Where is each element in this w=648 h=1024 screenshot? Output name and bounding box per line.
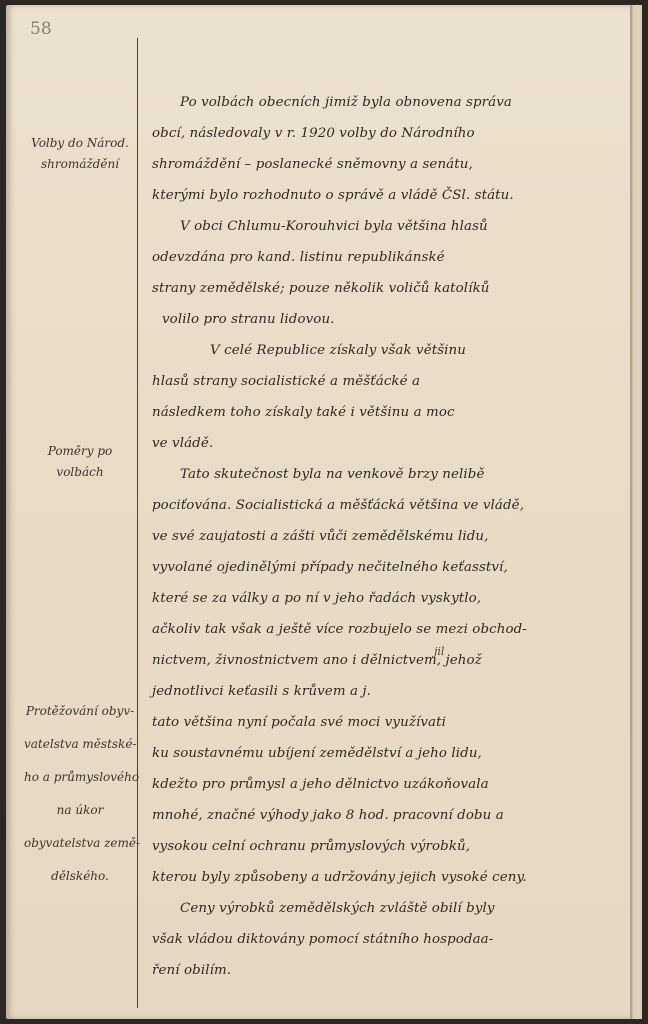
page-number: 58 — [30, 19, 52, 39]
text-line: však vládou diktovány pomocí státního ho… — [152, 924, 622, 955]
text-line: kdežto pro průmysl a jeho dělnictvo uzák… — [152, 769, 622, 800]
text-line: tato většina nyní počala své moci využív… — [152, 707, 622, 738]
text-line: kterými bylo rozhodnuto o správě a vládě… — [152, 180, 622, 211]
text-line: shromáždění – poslanecké sněmovny a sená… — [152, 149, 622, 180]
insertion-mark: jil — [434, 645, 444, 658]
text-line: Po volbách obecních jimiž byla obnovena … — [152, 87, 622, 118]
text-line: které se za války a po ní v jeho řadách … — [152, 583, 622, 614]
margin-note-line: na úkor — [24, 794, 136, 827]
text-line: kterou byly způsobeny a udržovány jejich… — [152, 862, 622, 893]
margin-note-line: obyvatelstva země- — [24, 827, 136, 860]
text-line: V celé Republice získaly však většinu — [152, 335, 622, 366]
text-line: vysokou celní ochranu průmyslových výrob… — [152, 831, 622, 862]
margin-note-line: Poměry po — [24, 441, 136, 462]
margin-rule — [137, 38, 138, 1008]
text-line: ve své zaujatosti a zášti vůči zemědělsk… — [152, 521, 622, 552]
text-line: mnohé, značné výhody jako 8 hod. pracovn… — [152, 800, 622, 831]
handwritten-body: Po volbách obecních jimiž byla obnovena … — [152, 87, 622, 986]
text-line: V obci Chlumu-Korouhvici byla většina hl… — [152, 211, 622, 242]
text-line: hlasů strany socialistické a měšťácké a — [152, 366, 622, 397]
margin-note-favoritism: Protěžování obyv- vatelstva městské- ho … — [24, 695, 136, 893]
notebook-page: 58 Volby do Národ. shromáždění Poměry po… — [6, 5, 642, 1019]
text-line: vyvolané ojedinělými případy nečitelného… — [152, 552, 622, 583]
binding-line — [630, 5, 632, 1019]
margin-note-line: ho a průmyslového — [24, 761, 136, 794]
text-line: odevzdána pro kand. listinu republikánsk… — [152, 242, 622, 273]
margin-note-line: Protěžování obyv- — [24, 695, 136, 728]
text-line: volilo pro stranu lidovou. — [152, 304, 622, 335]
margin-note-line: volbách — [24, 462, 136, 483]
margin-note-line: vatelstva městské- — [24, 728, 136, 761]
text-line: Tato skutečnost byla na venkově brzy nel… — [152, 459, 622, 490]
text-line: strany zemědělské; pouze několik voličů … — [152, 273, 622, 304]
margin-note-elections: Volby do Národ. shromáždění — [24, 133, 136, 175]
text-line: ření obilím. — [152, 955, 622, 986]
text-line: obcí, následovaly v r. 1920 volby do Nár… — [152, 118, 622, 149]
text-line: Ceny výrobků zemědělských zvláště obilí … — [152, 893, 622, 924]
text-line: ku soustavnému ubíjení zemědělství a jeh… — [152, 738, 622, 769]
margin-note-line: dělského. — [24, 860, 136, 893]
margin-note-after-elections: Poměry po volbách — [24, 441, 136, 483]
text-line: ve vládě. — [152, 428, 622, 459]
page-edge — [632, 5, 642, 1019]
text-line: pociťována. Socialistická a měšťácká vět… — [152, 490, 622, 521]
margin-note-line: shromáždění — [24, 154, 136, 175]
margin-note-line: Volby do Národ. — [24, 133, 136, 154]
text-line: jednotlivci keťasili s krůvem a j. — [152, 676, 622, 707]
text-line: nictvem, živnostnictvem ano i dělnictvem… — [152, 645, 622, 676]
text-line: následkem toho získaly také i většinu a … — [152, 397, 622, 428]
text-line: ačkoliv tak však a ještě více rozbujelo … — [152, 614, 622, 645]
